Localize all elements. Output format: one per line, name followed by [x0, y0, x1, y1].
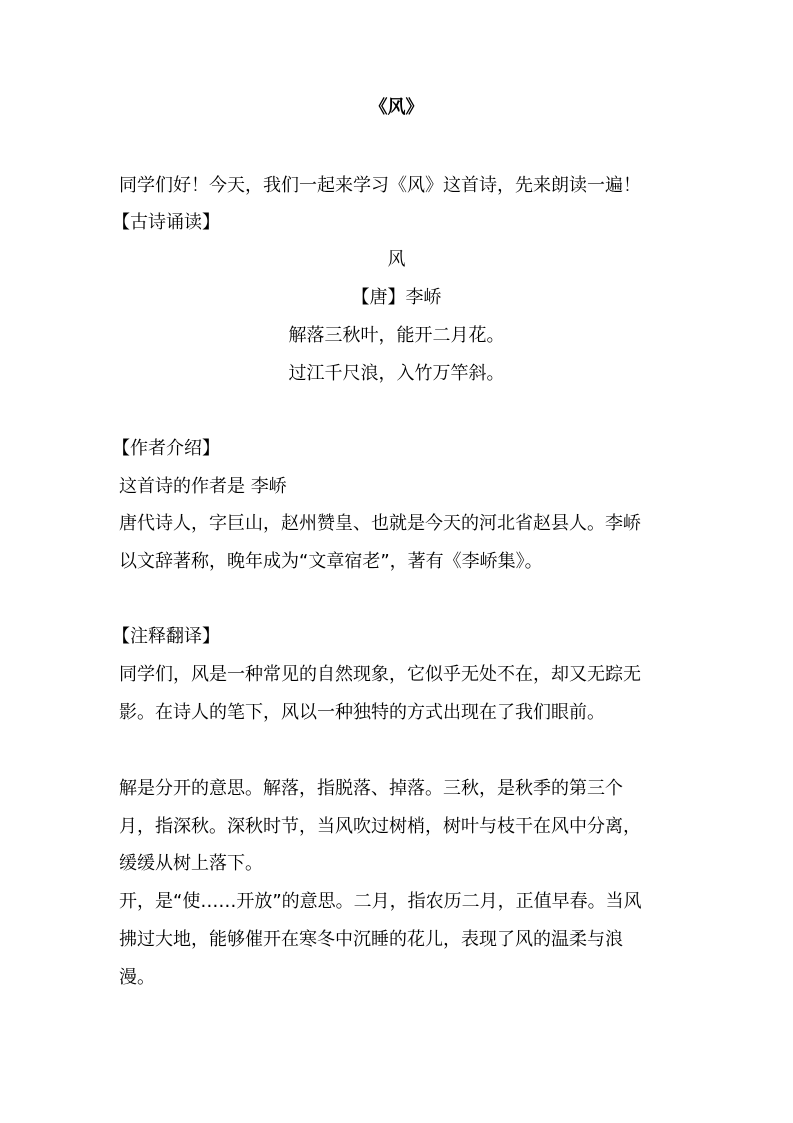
poem-author: 【唐】李峤 — [0, 286, 793, 310]
section-heading-recitation: 【古诗诵读】 — [112, 211, 220, 235]
poem-title: 风 — [0, 248, 793, 272]
author-line: 以文辞著称，晚年成为“文章宿老”，著有《李峤集》。 — [119, 550, 543, 574]
annotation-line: 开，是“使……开放”的意思。二月，指农历二月，正值早春。当风 — [119, 890, 642, 914]
annotation-line: 漫。 — [119, 966, 155, 990]
annotation-line: 影。在诗人的笔下，风以一种独特的方式出现在了我们眼前。 — [119, 701, 605, 725]
annotation-line: 拂过大地，能够催开在寒冬中沉睡的花儿，表现了风的温柔与浪 — [119, 928, 623, 952]
annotation-line: 月，指深秋。深秋时节，当风吹过树梢，树叶与枝干在风中分离， — [119, 815, 641, 839]
document-title: 《风》 — [0, 96, 793, 120]
annotation-line: 缓缓从树上落下。 — [119, 852, 263, 876]
author-line: 唐代诗人，字巨山，赵州赞皇、也就是今天的河北省赵县人。李峤 — [119, 512, 641, 536]
intro-text: 同学们好！今天，我们一起来学习《风》这首诗，先来朗读一遍！ — [119, 174, 641, 198]
annotation-line: 同学们，风是一种常见的自然现象，它似乎无处不在，却又无踪无 — [119, 663, 641, 687]
annotation-line: 解是分开的意思。解落，指脱落、掉落。三秋，是秋季的第三个 — [119, 777, 623, 801]
section-heading-annotation: 【注释翻译】 — [112, 625, 220, 649]
author-line: 这首诗的作者是 李峤 — [119, 475, 287, 499]
poem-line: 过江千尺浪，入竹万竿斜。 — [0, 362, 793, 386]
section-heading-author: 【作者介绍】 — [112, 437, 220, 461]
poem-line: 解落三秋叶，能开二月花。 — [0, 324, 793, 348]
